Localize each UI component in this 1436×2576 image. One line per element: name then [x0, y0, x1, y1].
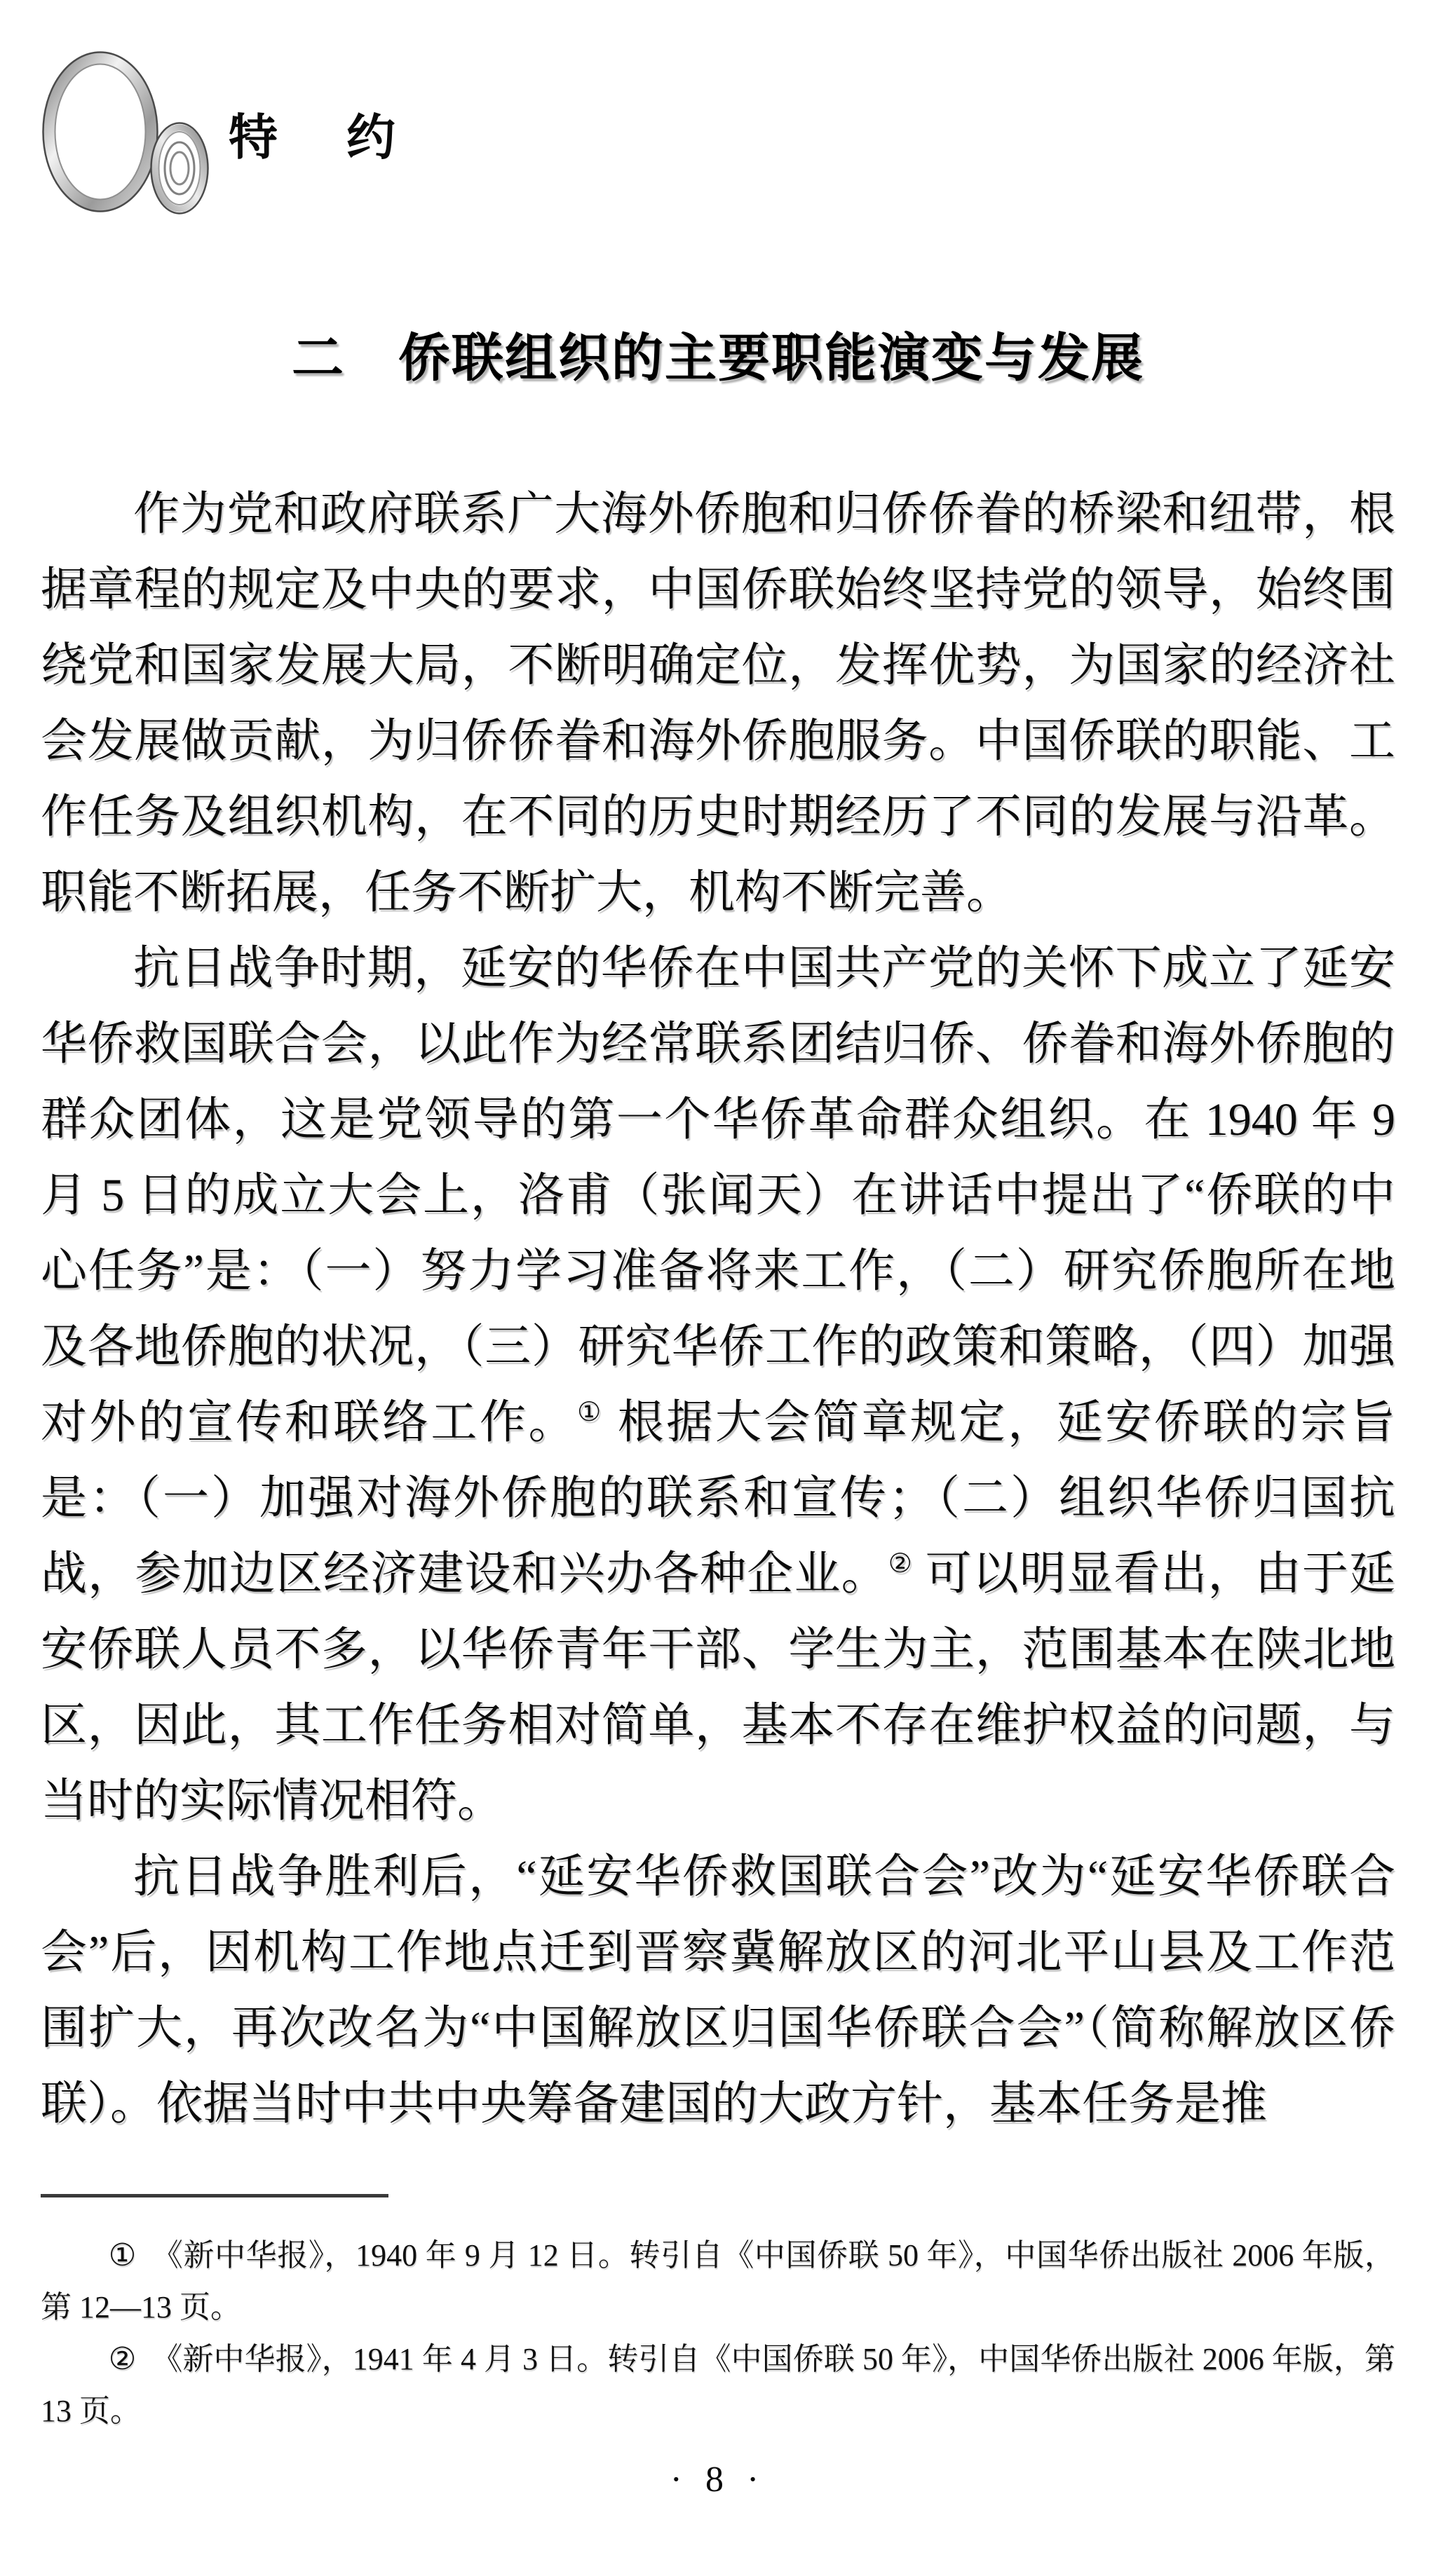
page-number: · 8 · — [0, 2459, 1436, 2500]
footnote: ①《新中华报》，1940 年 9 月 12 日。转引自《中国侨联 50 年》，中… — [41, 2230, 1395, 2333]
paragraph: 抗日战争胜利后，“延安华侨救国联合会”改为“延安华侨联合会”后，因机构工作地点迁… — [41, 1839, 1395, 2142]
footnote-separator — [41, 2194, 388, 2197]
footnote-ref: ① — [577, 1398, 604, 1427]
body-paragraphs: 作为党和政府联系广大海外侨胞和归侨侨眷的桥梁和纽带，根据章程的规定及中央的要求，… — [41, 477, 1395, 2142]
double-rings-icon — [41, 50, 210, 216]
footnote-marker: ① — [109, 2238, 137, 2272]
footnote: ②《新中华报》，1941 年 4 月 3 日。转引自《中国侨联 50 年》，中国… — [41, 2333, 1395, 2437]
page-header: 特 约 — [41, 50, 405, 216]
footnote-ref: ② — [888, 1549, 913, 1579]
section-label: 特 约 — [229, 98, 405, 169]
paragraph: 抗日战争时期，延安的华侨在中国共产党的关怀下成立了延安华侨救国联合会，以此作为经… — [41, 931, 1395, 1839]
book-page: 特 约 二 侨联组织的主要职能演变与发展 作为党和政府联系广大海外侨胞和归侨侨眷… — [0, 0, 1436, 2576]
footnotes: ①《新中华报》，1940 年 9 月 12 日。转引自《中国侨联 50 年》，中… — [41, 2230, 1395, 2437]
chapter-title: 二 侨联组织的主要职能演变与发展 — [0, 317, 1436, 391]
footnote-marker: ② — [109, 2342, 137, 2376]
paragraph: 作为党和政府联系广大海外侨胞和归侨侨眷的桥梁和纽带，根据章程的规定及中央的要求，… — [41, 477, 1395, 931]
